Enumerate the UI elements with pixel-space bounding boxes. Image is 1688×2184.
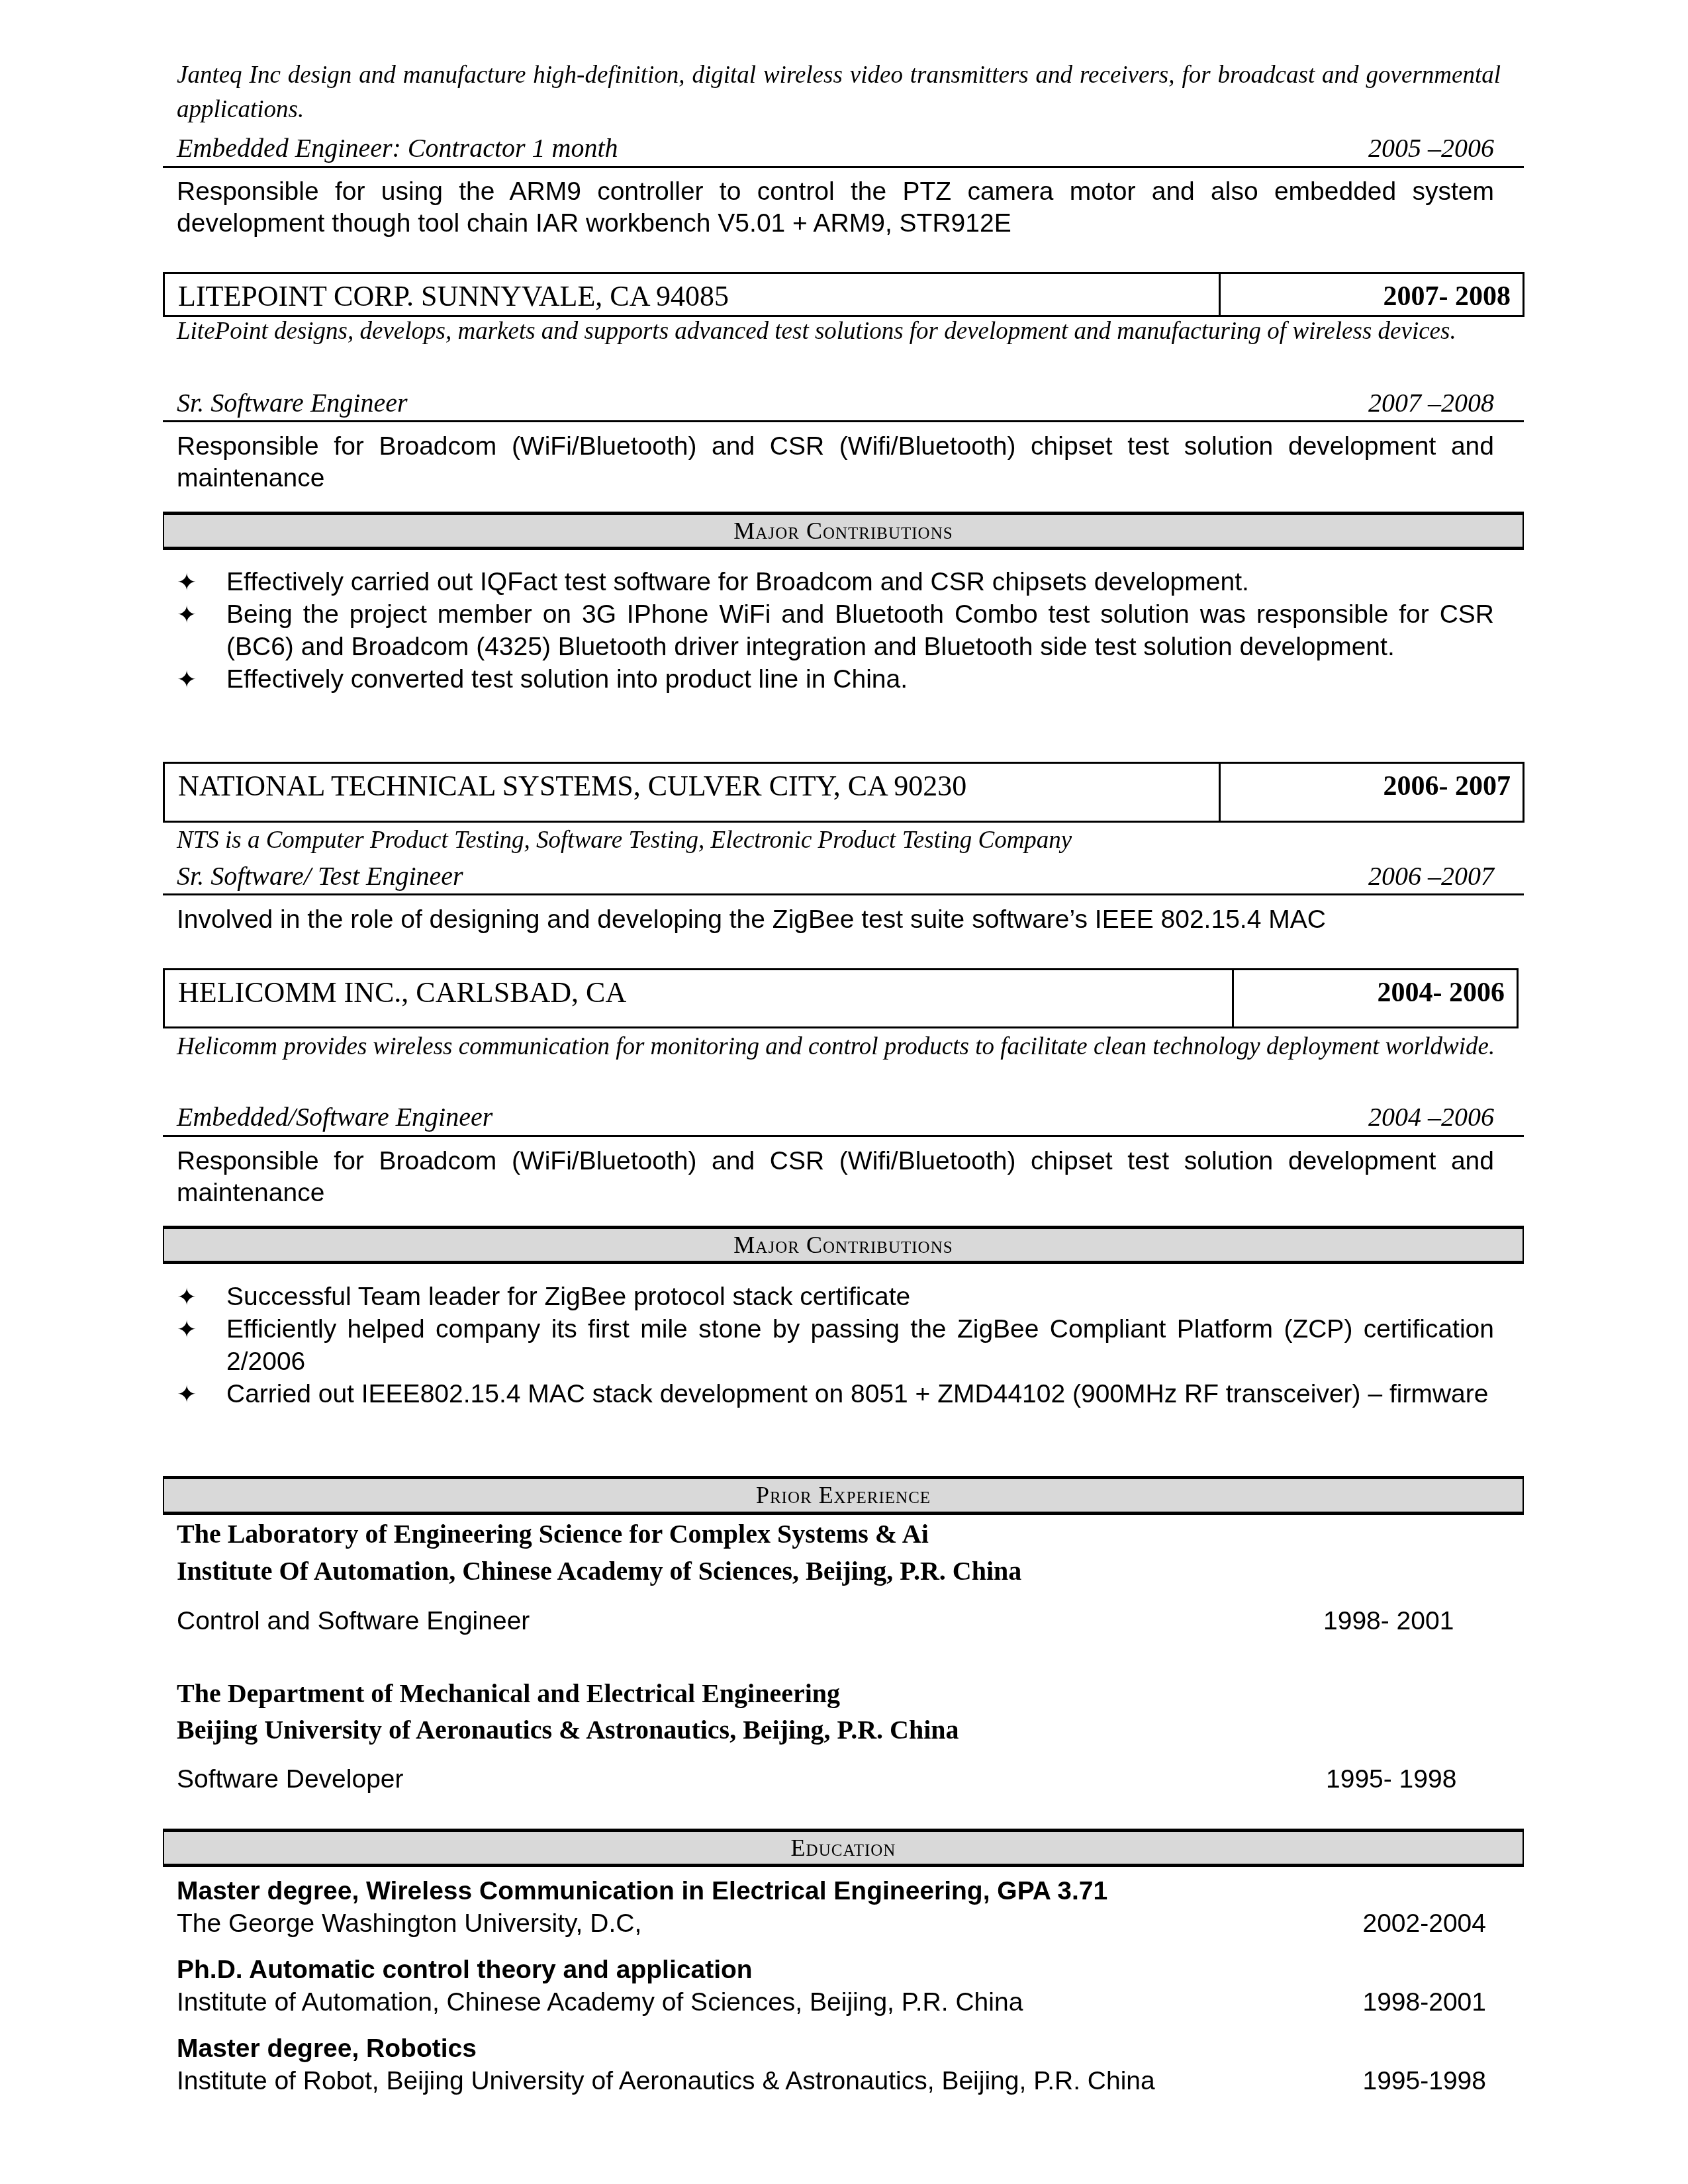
janteq-description: Janteq Inc design and manufacture high-d…	[177, 58, 1501, 127]
nts-role-rule	[163, 893, 1524, 895]
company-header-litepoint: LITEPOINT CORP. SUNNYVALE, CA 94085 2007…	[163, 272, 1524, 317]
litepoint-role-dates: 2007 –2008	[1368, 387, 1494, 418]
edu-dates: 1995-1998	[1362, 2067, 1486, 2096]
helicomm-summary: Responsible for Broadcom (WiFi/Bluetooth…	[177, 1146, 1494, 1209]
company-name: HELICOMM INC., CARLSBAD, CA	[165, 970, 1234, 1026]
litepoint-summary: Responsible for Broadcom (WiFi/Bluetooth…	[177, 431, 1494, 494]
star-bullet-icon: ✦	[177, 663, 197, 696]
edu-school: Institute of Automation, Chinese Academy…	[177, 1988, 1023, 2017]
edu-degree: Ph.D. Automatic control theory and appli…	[177, 1956, 753, 1985]
edu-dates: 1998-2001	[1362, 1988, 1486, 2017]
litepoint-contributions-list: ✦Effectively carried out IQFact test sof…	[177, 566, 1494, 696]
prior-dates: 1995- 1998	[1326, 1765, 1456, 1794]
helicomm-role-dates: 2004 –2006	[1368, 1101, 1494, 1132]
litepoint-role: Sr. Software Engineer	[177, 387, 408, 418]
star-bullet-icon: ✦	[177, 598, 197, 631]
janteq-role-dates: 2005 –2006	[1368, 132, 1494, 163]
star-bullet-icon: ✦	[177, 1313, 197, 1345]
nts-role: Sr. Software/ Test Engineer	[177, 860, 463, 891]
list-item: ✦Effectively converted test solution int…	[177, 663, 1494, 696]
edu-school: Institute of Robot, Beijing University o…	[177, 2067, 1155, 2096]
nts-role-row: Sr. Software/ Test Engineer 2006 –2007	[177, 860, 1494, 891]
company-dates: 2004- 2006	[1234, 970, 1517, 1026]
company-dates: 2006- 2007	[1221, 764, 1523, 821]
prior-dates: 1998- 2001	[1323, 1607, 1454, 1636]
list-item: ✦Carried out IEEE802.15.4 MAC stack deve…	[177, 1378, 1494, 1410]
edu-school: The George Washington University, D.C,	[177, 1909, 641, 1938]
section-header-major-contributions: Major Contributions	[163, 1226, 1524, 1264]
company-name: LITEPOINT CORP. SUNNYVALE, CA 94085	[165, 274, 1221, 315]
prior-org-line2: Institute Of Automation, Chinese Academy…	[177, 1555, 1021, 1586]
section-header-education: Education	[163, 1829, 1524, 1867]
list-item: ✦Effectively carried out IQFact test sof…	[177, 566, 1494, 598]
helicomm-description: Helicomm provides wireless communication…	[177, 1030, 1501, 1064]
star-bullet-icon: ✦	[177, 1281, 197, 1313]
edu-dates: 2002-2004	[1362, 1909, 1486, 1938]
company-header-nts: NATIONAL TECHNICAL SYSTEMS, CULVER CITY,…	[163, 762, 1524, 823]
helicomm-role-row: Embedded/Software Engineer 2004 –2006	[177, 1101, 1494, 1132]
litepoint-role-row: Sr. Software Engineer 2007 –2008	[177, 387, 1494, 418]
janteq-role-rule	[163, 166, 1524, 168]
star-bullet-icon: ✦	[177, 1378, 197, 1410]
company-header-helicomm: HELICOMM INC., CARLSBAD, CA 2004- 2006	[163, 968, 1519, 1028]
helicomm-role-rule	[163, 1135, 1524, 1137]
list-item: ✦Efficiently helped company its first mi…	[177, 1313, 1494, 1378]
section-header-prior-experience: Prior Experience	[163, 1476, 1524, 1515]
company-dates: 2007- 2008	[1221, 274, 1523, 315]
company-name: NATIONAL TECHNICAL SYSTEMS, CULVER CITY,…	[165, 764, 1221, 821]
litepoint-description: LitePoint designs, develops, markets and…	[177, 314, 1501, 349]
prior-role: Software Developer	[177, 1765, 404, 1794]
edu-degree: Master degree, Robotics	[177, 2034, 477, 2064]
prior-org-line1: The Laboratory of Engineering Science fo…	[177, 1518, 929, 1549]
section-header-major-contributions: Major Contributions	[163, 512, 1524, 550]
nts-role-dates: 2006 –2007	[1368, 860, 1494, 891]
helicomm-role: Embedded/Software Engineer	[177, 1101, 492, 1132]
litepoint-role-rule	[163, 420, 1524, 422]
prior-org-line1: The Department of Mechanical and Electri…	[177, 1678, 840, 1709]
prior-org-line2: Beijing University of Aeronautics & Astr…	[177, 1714, 959, 1745]
list-item: ✦Successful Team leader for ZigBee proto…	[177, 1281, 1494, 1313]
list-item: ✦Being the project member on 3G IPhone W…	[177, 598, 1494, 663]
prior-role: Control and Software Engineer	[177, 1607, 530, 1636]
edu-degree: Master degree, Wireless Communication in…	[177, 1877, 1107, 1906]
nts-description: NTS is a Computer Product Testing, Softw…	[177, 823, 1501, 858]
star-bullet-icon: ✦	[177, 566, 197, 598]
nts-summary: Involved in the role of designing and de…	[177, 904, 1494, 936]
janteq-summary: Responsible for using the ARM9 controlle…	[177, 176, 1494, 240]
janteq-role-row: Embedded Engineer: Contractor 1 month 20…	[177, 132, 1494, 163]
janteq-role: Embedded Engineer: Contractor 1 month	[177, 132, 618, 163]
helicomm-contributions-list: ✦Successful Team leader for ZigBee proto…	[177, 1281, 1494, 1410]
